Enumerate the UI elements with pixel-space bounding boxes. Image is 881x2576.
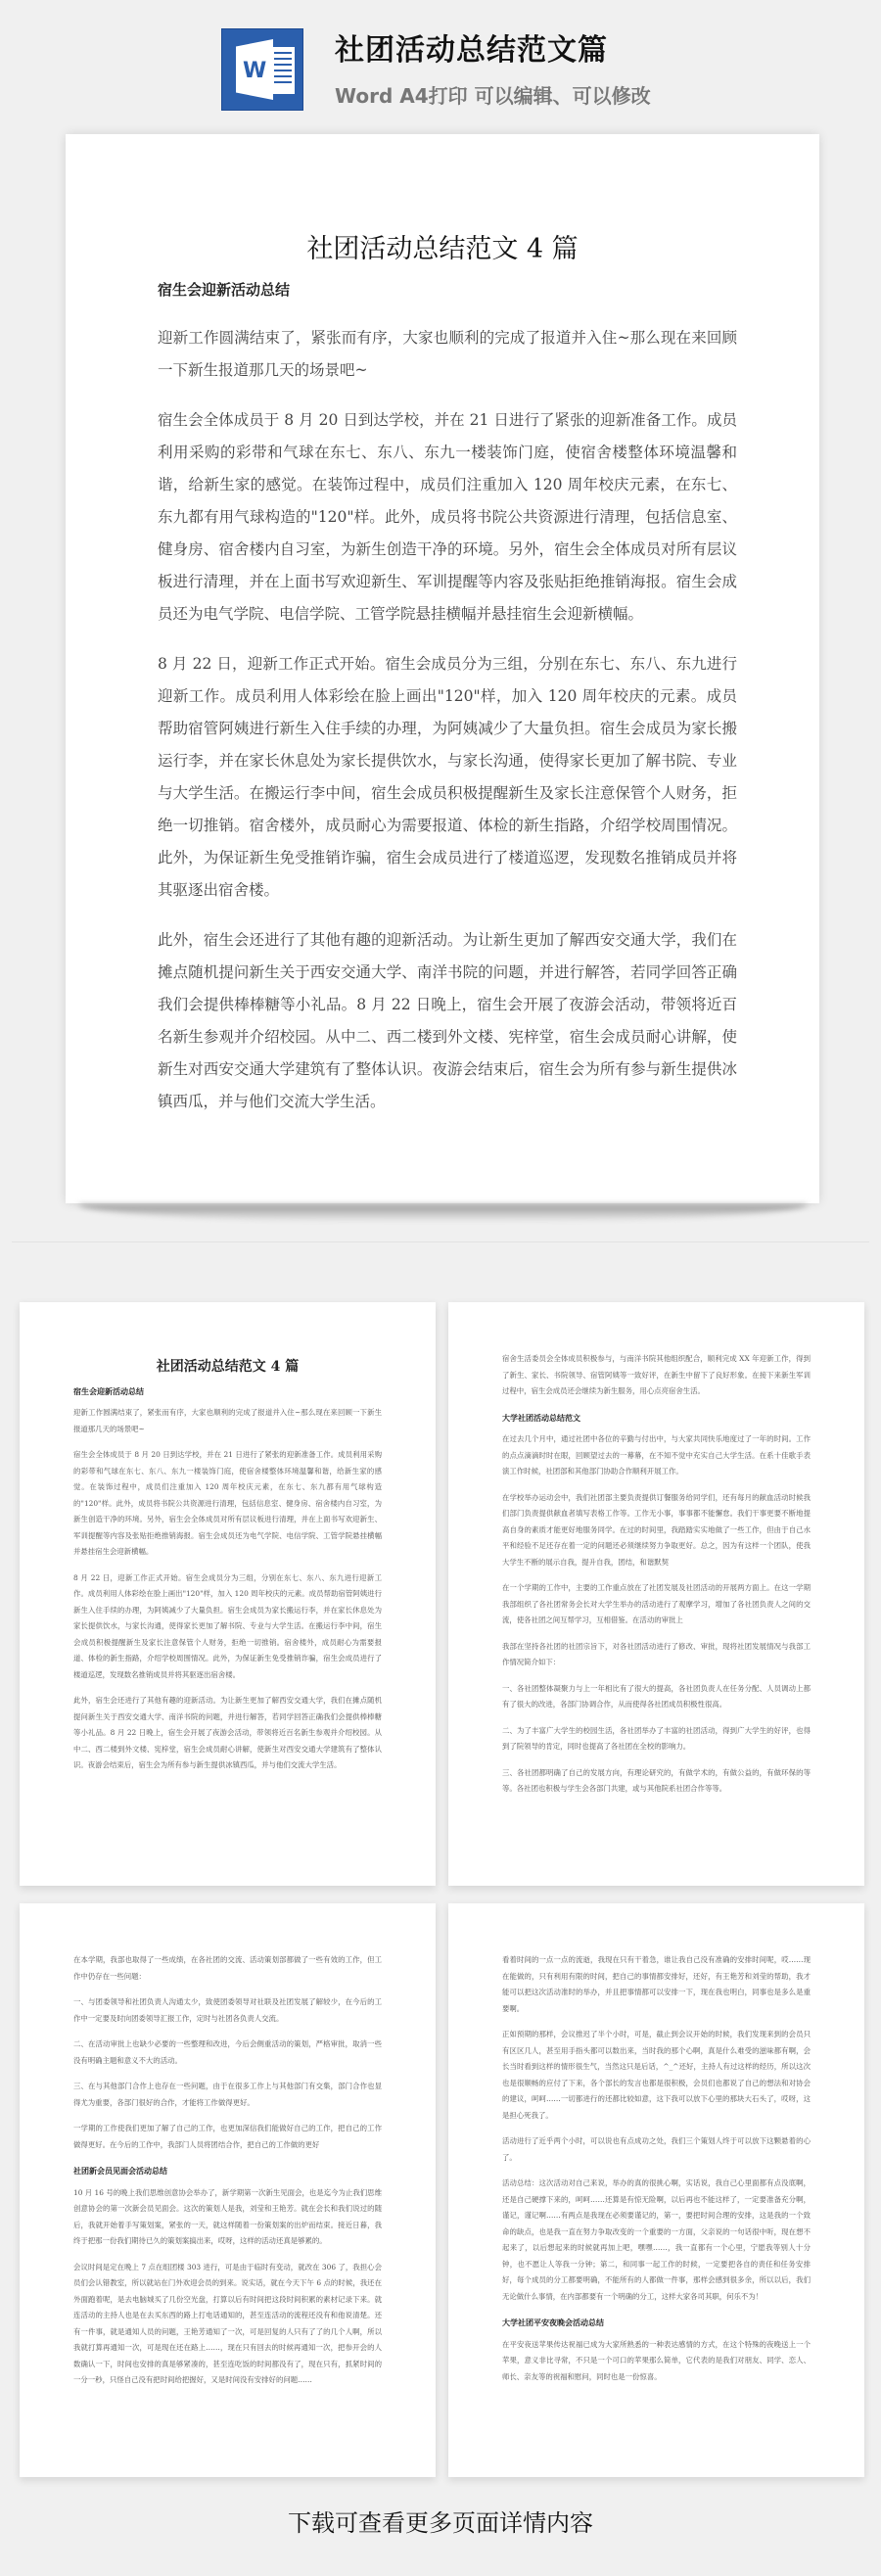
word-letter: W [243, 59, 266, 83]
thumbnail-heading: 大学社团平安夜晚会活动总结 [502, 2315, 811, 2331]
download-more-cta[interactable]: 下载可查看更多页面详情内容 [0, 2504, 881, 2538]
thumbnail-paragraph: 一、与团委领导和社团负责人沟通太少，致使团委领导对社联及社团发展了解较少，在今后… [73, 1994, 382, 2027]
thumbnail-paragraph: 在平安夜送苹果传达祝福已成为大家所熟悉的一种表达感情的方式，在这个特殊的夜晚送上… [502, 2337, 811, 2386]
section-heading: 宿生会迎新活动总结 [158, 279, 290, 300]
thumbnail-paragraph: 此外，宿生会还进行了其他有趣的迎新活动。为让新生更加了解西安交通大学，我们在摊点… [73, 1693, 382, 1774]
thumbnail-paragraph: 在一个学期的工作中，主要的工作重点放在了社团发展及社团活动的开展两方面上。在这一… [502, 1580, 811, 1629]
header-title: 社团活动总结范文篇 [335, 25, 608, 69]
thumbnail-title: 社团活动总结范文 4 篇 [73, 1359, 382, 1376]
thumbnail-paragraph: 宿生会全体成员于 8 月 20 日到达学校，并在 21 日进行了紧张的迎新准备工… [73, 1447, 382, 1561]
thumbnail-paragraph: 二、为了丰富广大学生的校园生活，各社团举办了丰富的社团活动，得到广大学生的好评，… [502, 1723, 811, 1756]
paragraph: 迎新工作圆满结束了，紧张而有序，大家也顺利的完成了报道并入住~那么现在来回顾一下… [158, 322, 737, 387]
word-doc-icon: W [221, 28, 303, 111]
thumbnail-paragraph: 我部在坚持各社团的社团宗旨下，对各社团活动进行了修改、审批，现将社团发展情况与我… [502, 1639, 811, 1671]
paragraph: 此外，宿生会还进行了其他有趣的迎新活动。为让新生更加了解西安交通大学，我们在摊点… [158, 924, 737, 1118]
thumbnail-paragraph: 会议时间是定在晚上 7 点在组团楼 303 进行，可是由于临时有变动，就改在 3… [73, 2260, 382, 2389]
document-title: 社团活动总结范文 4 篇 [66, 227, 819, 265]
thumbnail-paragraph: 在学校举办运动会中，我们社团部主要负责提供订餐服务给同学们，还有每月的献血活动时… [502, 1490, 811, 1571]
thumbnail-paragraph: 二、在活动审批上也缺少必要的一些整理和改进，今后会侧重活动的策划，严格审批，取消… [73, 2037, 382, 2069]
word-page-shape: W [236, 39, 273, 100]
thumbnail-heading: 社团新会员见面会活动总结 [73, 2163, 382, 2179]
thumbnail-paragraph: 在过去几个月中，通过社团中各位的辛勤与付出中，与大家共同快乐地度过了一年的时间。… [502, 1431, 811, 1480]
divider [12, 1241, 869, 1242]
page-thumbnail-3[interactable]: 在本学期，我部也取得了一些成绩，在各社团的交流、活动策划部都做了一些有效的工作，… [20, 1903, 436, 2477]
page-thumbnail-2[interactable]: 宿舍生活委员会全体成员积极参与，与南洋书院其他组织配合，顺利完成 XX 年迎新工… [448, 1302, 864, 1886]
thumbnail-heading: 大学社团活动总结范文 [502, 1410, 811, 1427]
thumbnail-paragraph: 宿舍生活委员会全体成员积极参与，与南洋书院其他组织配合，顺利完成 XX 年迎新工… [502, 1351, 811, 1400]
thumbnail-paragraph: 一、各社团整体凝聚力与上一年相比有了很大的提高，各社团负责人在任务分配、人员调动… [502, 1681, 811, 1713]
paragraph: 8 月 22 日，迎新工作正式开始。宿生会成员分为三组，分别在东七、东八、东九进… [158, 648, 737, 907]
thumbnail-paragraph: 活动总结：这次活动对自己来说，举办的真的很挑心啊，实话说，我自己心里面都有点没底… [502, 2176, 811, 2305]
document-body: 迎新工作圆满结束了，紧张而有序，大家也顺利的完成了报道并入住~那么现在来回顾一下… [158, 322, 737, 1136]
word-lines-shape [271, 47, 295, 94]
thumbnail-heading: 宿生会迎新活动总结 [73, 1383, 382, 1400]
thumbnail-paragraph: 8 月 22 日，迎新工作正式开始。宿生会成员分为三组，分别在东七、东八、东九进… [73, 1570, 382, 1684]
page-thumbnail-1[interactable]: 社团活动总结范文 4 篇 宿生会迎新活动总结 迎新工作圆满结束了，紧张而有序，大… [20, 1302, 436, 1886]
page-thumbnail-4[interactable]: 看着时间的一点一点的流逝，我现在只有干着急，谁让我自己没有准确的安排时间呢，哎…… [448, 1903, 864, 2477]
main-document-page: 社团活动总结范文 4 篇 宿生会迎新活动总结 迎新工作圆满结束了，紧张而有序，大… [66, 134, 819, 1203]
page-shadow [78, 1204, 808, 1222]
thumbnail-paragraph: 三、各社团都明确了自己的发展方向，有理论研究的，有做学术的，有做公益的，有做环保… [502, 1765, 811, 1798]
thumbnail-paragraph: 在本学期，我部也取得了一些成绩，在各社团的交流、活动策划部都做了一些有效的工作，… [73, 1952, 382, 1985]
thumbnail-paragraph: 10 月 16 号的晚上我们思维创意协会举办了，新学期第一次新生见面会，也是迄今… [73, 2185, 382, 2250]
thumbnail-paragraph: 迎新工作圆满结束了，紧张而有序，大家也顺利的完成了报道并入住~那么现在来回顾一下… [73, 1405, 382, 1437]
header: W 社团活动总结范文篇 Word A4打印 可以编辑、可以修改 [0, 0, 881, 137]
thumbnail-paragraph: 活动进行了近乎两个小时，可以说也有点成功之处，我们三个策划人终于可以放下这颗悬着… [502, 2133, 811, 2166]
header-subtitle: Word A4打印 可以编辑、可以修改 [335, 80, 651, 109]
thumbnail-paragraph: 三、在与其他部门合作上也存在一些问题，由于在很多工作上与其他部门有交集，部门合作… [73, 2079, 382, 2111]
thumbnail-paragraph: 看着时间的一点一点的流逝，我现在只有干着急，谁让我自己没有准确的安排时间呢，哎…… [502, 1952, 811, 2017]
thumbnail-paragraph: 正如预期的那样，会议推迟了半个小时，可是，截止到会议开始的时候，我们发现来到的会… [502, 2027, 811, 2124]
thumbnail-paragraph: 一学期的工作使我们更加了解了自己的工作，也更加深信我们能做好自己的工作，把自己的… [73, 2121, 382, 2153]
paragraph: 宿生会全体成员于 8 月 20 日到达学校，并在 21 日进行了紧张的迎新准备工… [158, 404, 737, 631]
